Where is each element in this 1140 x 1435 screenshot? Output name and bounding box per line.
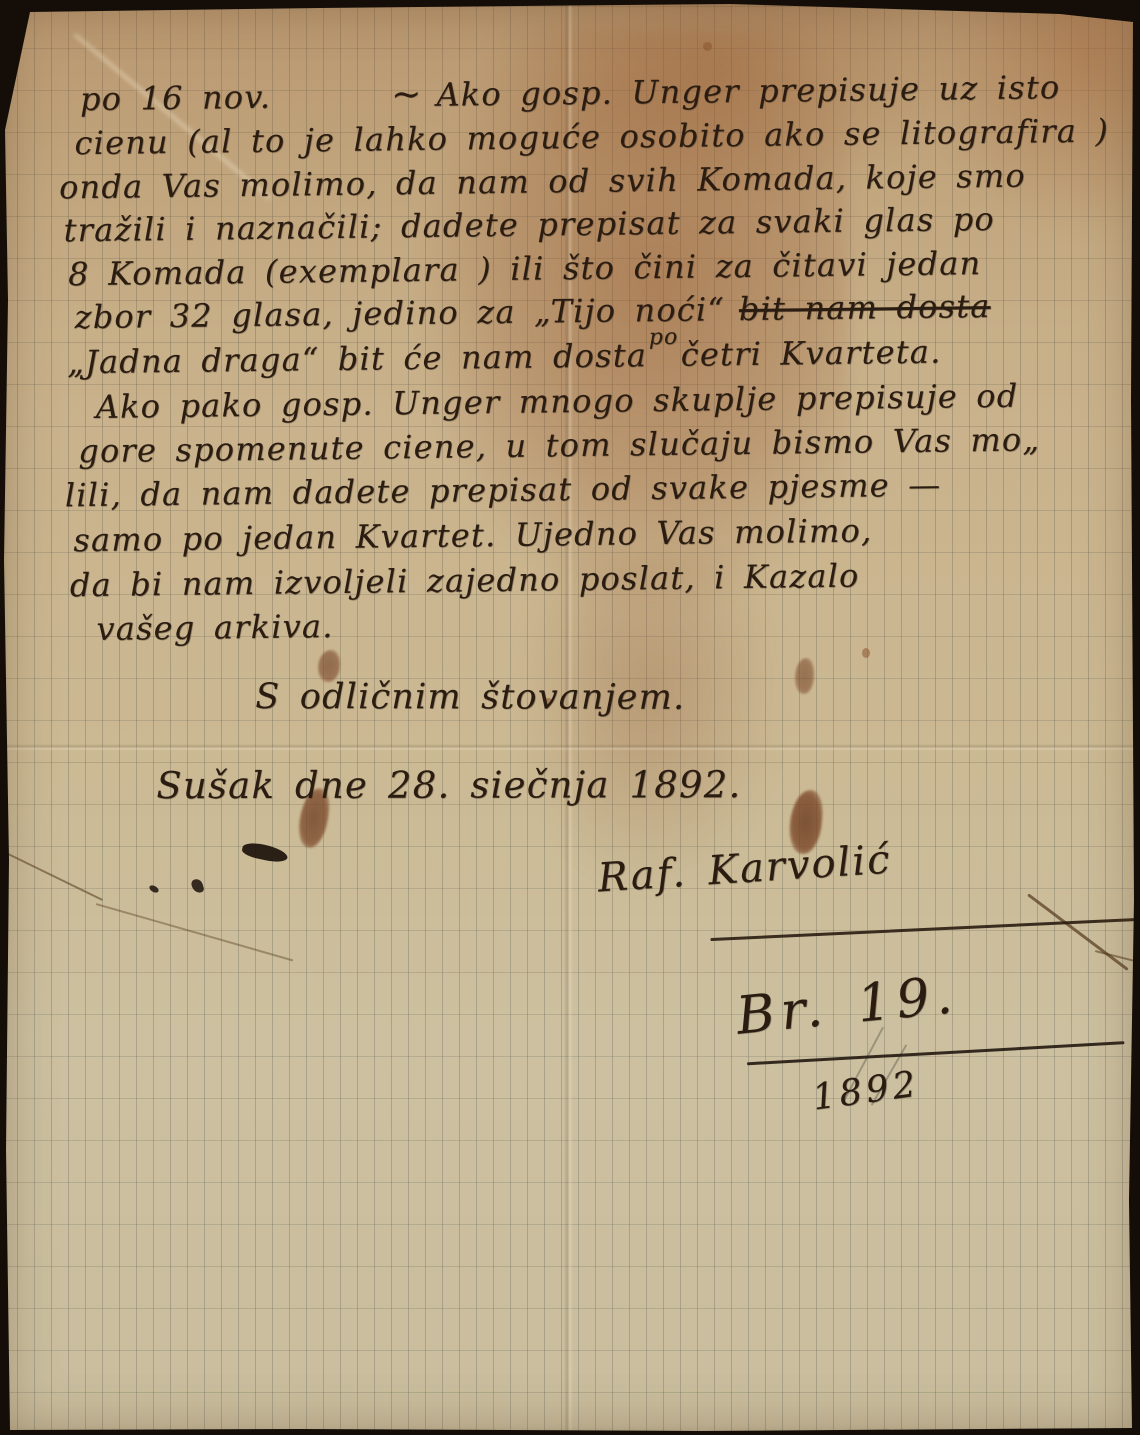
crack-top-right-2	[1095, 950, 1140, 964]
letter-line: po 16 nov.~Ako gosp. Unger prepisuje uz …	[80, 66, 1061, 119]
ink-blot	[241, 840, 289, 864]
pencil-mark	[871, 1044, 908, 1106]
number-underline-flourish	[747, 1041, 1125, 1065]
letter-body: po 16 nov.~Ako gosp. Unger prepisuje uz …	[0, 0, 1140, 1435]
letter-line: tražili i naznačili; dadete prepisat za …	[63, 200, 995, 249]
stain-top-center	[480, 0, 960, 200]
line-text: „Jadna draga“ bit će nam dosta	[67, 336, 647, 381]
place-and-date: Sušak dne 28. siečnja 1892.	[156, 763, 741, 807]
ink-dot	[148, 884, 160, 894]
struck-through-text: bit nam dosta	[739, 287, 991, 328]
document-number: Br. 19.	[734, 965, 961, 1047]
letter-line: „Jadna draga“ bit će nam dostapočetri Kv…	[67, 333, 942, 382]
rust-speck	[545, 698, 552, 705]
line-text: po 16 nov.	[80, 78, 272, 118]
year-note: 1892	[810, 1064, 922, 1119]
paper-sheet: po 16 nov.~Ako gosp. Unger prepisuje uz …	[0, 0, 1140, 1435]
letter-line: 8 Komada (exemplara ) ili što čini za či…	[68, 244, 982, 293]
letter-line: da bi nam izvoljeli zajedno poslat, i Ka…	[70, 557, 860, 605]
signature-underline-flourish	[710, 918, 1140, 941]
brown-blot	[795, 658, 814, 694]
pen-flourish: ~	[391, 74, 423, 115]
line-text: četri Kvarteta.	[681, 333, 942, 374]
horizontal-fold-crease	[0, 744, 1140, 751]
rust-speck	[703, 42, 712, 51]
letter-line: lili, da nam dadete prepisat od svake pj…	[65, 466, 942, 515]
line-text: Ako gosp. Unger prepisuje uz isto	[436, 68, 1060, 114]
rust-speck	[862, 648, 870, 658]
crack-top-right	[1027, 893, 1129, 971]
scanned-letter-page: { "document": { "kind": "handwritten let…	[0, 0, 1140, 1435]
line-text: zbor 32 glasa, jedino za „Tijo noći“	[74, 290, 725, 336]
stain-middle-lower	[515, 555, 785, 895]
crack-left	[2, 850, 104, 901]
crease-top-left	[74, 33, 271, 199]
letter-line: samo po jedan Kvartet. Ujedno Vas molimo…	[73, 511, 872, 559]
brown-blot	[788, 789, 824, 855]
letter-line: Ako pako gosp. Unger mnogo skuplje prepi…	[96, 377, 1019, 426]
vertical-fold-crease	[564, 0, 573, 1435]
stain-center-large	[420, 30, 850, 610]
letter-line: vašeg arkiva.	[96, 607, 334, 648]
inserted-word: po	[649, 325, 679, 350]
pencil-mark	[842, 1027, 884, 1104]
ink-dot	[190, 878, 204, 894]
crack-left-2	[96, 903, 294, 961]
letter-line: gore spomenute ciene, u tom slučaju bism…	[78, 420, 1040, 470]
letter-line: zbor 32 glasa, jedino za „Tijo noći“bit …	[74, 287, 990, 336]
spacing-gap	[271, 106, 391, 107]
letter-line: cienu (al to je lahko moguće osobito ako…	[74, 112, 1109, 163]
brown-blot	[296, 786, 332, 849]
brown-blot	[318, 650, 340, 682]
stain-top-right-corner	[920, 0, 1140, 240]
letter-line: onda Vas molimo, da nam od svih Komada, …	[59, 157, 1026, 207]
closing-salutation: S odličnim štovanjem.	[255, 677, 685, 718]
signature: Raf. Karvolić	[596, 837, 893, 902]
stain-top-tint	[0, 0, 1140, 330]
